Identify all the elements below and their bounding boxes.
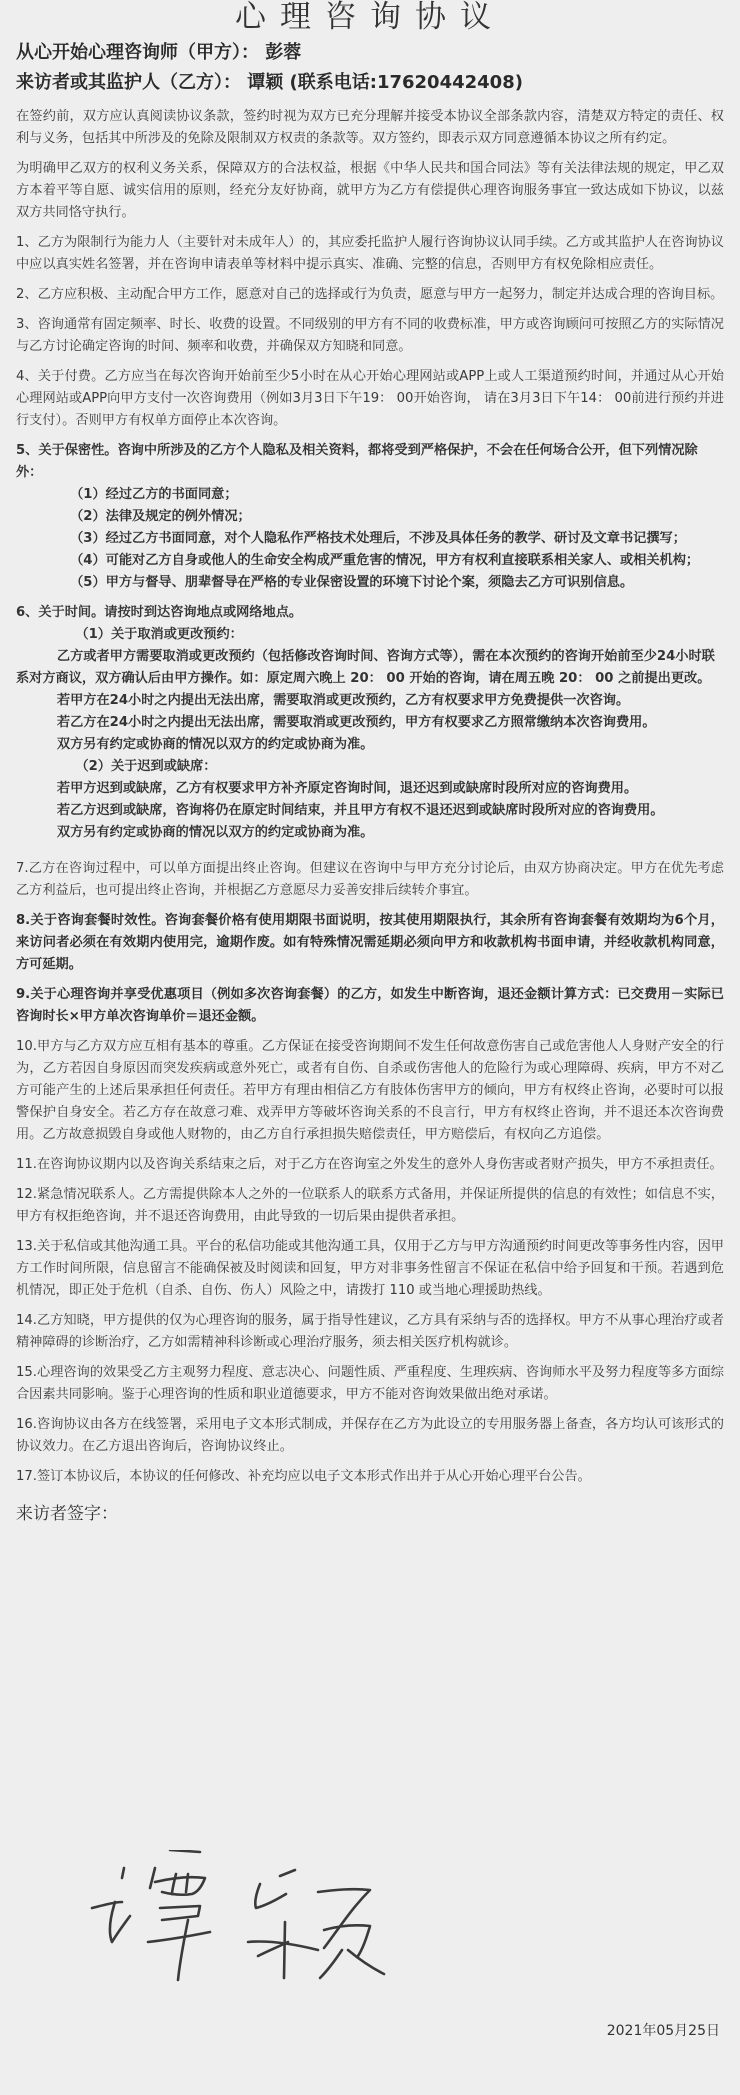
clause-7: 7.乙方在咨询过程中，可以单方面提出终止咨询。但建议在咨询中与甲方充分讨论后，由… bbox=[16, 858, 724, 902]
clause-6-sub2-title: （2）关于迟到或缺席： bbox=[16, 756, 724, 778]
clause-6-sub1-item-4: 双方另有约定或协商的情况以双方的约定或协商为准。 bbox=[16, 734, 724, 756]
clause-6-sub1-item-1: 乙方或者甲方需要取消或更改预约（包括修改咨询时间、咨询方式等），需在本次预约的咨… bbox=[16, 646, 724, 690]
intro-paragraph: 在签约前，双方应认真阅读协议条款，签约时视为双方已充分理解并接受本协议全部条款内… bbox=[16, 106, 724, 150]
clause-3: 3、咨询通常有固定频率、时长、收费的设置。不同级别的甲方有不同的收费标准，甲方或… bbox=[16, 314, 724, 358]
clause-11: 11.在咨询协议期内以及咨询关系结束之后，对于乙方在咨询室之外发生的意外人身伤害… bbox=[16, 1154, 724, 1176]
clause-6-lead: 6、关于时间。请按时到达咨询地点或网络地点。 bbox=[16, 602, 724, 624]
party-a-line: 从心开始心理咨询师（甲方）： 彭蓉 bbox=[16, 40, 724, 66]
clause-5-item-3: （3）经过乙方书面同意，对个人隐私作严格技术处理后，不涉及具体任务的教学、研讨及… bbox=[16, 528, 724, 550]
clause-6-sub1-item-3: 若乙方在24小时之内提出无法出席，需要取消或更改预约，甲方有权要求乙方照常缴纳本… bbox=[16, 712, 724, 734]
clause-17: 17.签订本协议后，本协议的任何修改、补充均应以电子文本形式作出并于从心开始心理… bbox=[16, 1466, 724, 1488]
clause-6-sub1-title: （1）关于取消或更改预约： bbox=[16, 624, 724, 646]
clause-5-item-4: （4）可能对乙方自身或他人的生命安全构成严重危害的情况，甲方有权利直接联系相关家… bbox=[16, 550, 724, 572]
clause-6-sub2-item-3: 双方另有约定或协商的情况以双方的约定或协商为准。 bbox=[16, 822, 724, 844]
document-title: 心理咨询协议 bbox=[16, 0, 724, 34]
agreement-page: 心理咨询协议 从心开始心理咨询师（甲方）： 彭蓉 来访者或其监护人（乙方）： 谭… bbox=[0, 0, 740, 2095]
clause-14: 14.乙方知晓，甲方提供的仅为心理咨询的服务，属于指导性建议，乙方具有采纳与否的… bbox=[16, 1310, 724, 1354]
signature-date: 2021年05月25日 bbox=[607, 2020, 720, 2040]
preamble-paragraph: 为明确甲乙双方的权利义务关系，保障双方的合法权益，根据《中华人民共和国合同法》等… bbox=[16, 158, 724, 224]
clause-6-sub1-item-2: 若甲方在24小时之内提出无法出席，需要取消或更改预约，乙方有权要求甲方免费提供一… bbox=[16, 690, 724, 712]
handwritten-signature bbox=[80, 1850, 460, 2010]
clause-13: 13.关于私信或其他沟通工具。平台的私信功能或其他沟通工具，仅用于乙方与甲方沟通… bbox=[16, 1236, 724, 1302]
clause-10: 10.甲方与乙方双方应互相有基本的尊重。乙方保证在接受咨询期间不发生任何故意伤害… bbox=[16, 1036, 724, 1146]
clause-6-sub2-item-1: 若甲方迟到或缺席，乙方有权要求甲方补齐原定咨询时间，退还迟到或缺席时段所对应的咨… bbox=[16, 778, 724, 800]
clause-6: 6、关于时间。请按时到达咨询地点或网络地点。 （1）关于取消或更改预约： 乙方或… bbox=[16, 602, 724, 844]
party-b-line: 来访者或其监护人（乙方）： 谭颖 (联系电话:17620442408) bbox=[16, 70, 724, 96]
clause-9: 9.关于心理咨询并享受优惠项目（例如多次咨询套餐）的乙方，如发生中断咨询，退还金… bbox=[16, 984, 724, 1028]
clause-15: 15.心理咨询的效果受乙方主观努力程度、意志决心、问题性质、严重程度、生理疾病、… bbox=[16, 1362, 724, 1406]
clause-12: 12.紧急情况联系人。乙方需提供除本人之外的一位联系人的联系方式备用，并保证所提… bbox=[16, 1184, 724, 1228]
clause-5: 5、关于保密性。咨询中所涉及的乙方个人隐私及相关资料，都将受到严格保护，不会在任… bbox=[16, 440, 724, 594]
clause-5-item-1: （1）经过乙方的书面同意； bbox=[16, 484, 724, 506]
clause-16: 16.咨询协议由各方在线签署，采用电子文本形式制成，并保存在乙方为此设立的专用服… bbox=[16, 1414, 724, 1458]
clause-5-lead: 5、关于保密性。咨询中所涉及的乙方个人隐私及相关资料，都将受到严格保护，不会在任… bbox=[16, 440, 724, 484]
clause-4: 4、关于付费。乙方应当在每次咨询开始前至少5小时在从心开始心理网站或APP上或人… bbox=[16, 366, 724, 432]
clause-6-sub2-item-2: 若乙方迟到或缺席，咨询将仍在原定时间结束，并且甲方有权不退还迟到或缺席时段所对应… bbox=[16, 800, 724, 822]
clause-1: 1、乙方为限制行为能力人（主要针对未成年人）的，其应委托监护人履行咨询协议认同手… bbox=[16, 232, 724, 276]
signature-label: 来访者签字： bbox=[16, 1502, 724, 1526]
clause-5-item-2: （2）法律及规定的例外情况； bbox=[16, 506, 724, 528]
clause-2: 2、乙方应积极、主动配合甲方工作，愿意对自己的选择或行为负责，愿意与甲方一起努力… bbox=[16, 284, 724, 306]
clause-5-item-5: （5）甲方与督导、朋辈督导在严格的专业保密设置的环境下讨论个案，须隐去乙方可识别… bbox=[16, 572, 724, 594]
clause-8: 8.关于咨询套餐时效性。咨询套餐价格有使用期限书面说明，按其使用期限执行，其余所… bbox=[16, 910, 724, 976]
